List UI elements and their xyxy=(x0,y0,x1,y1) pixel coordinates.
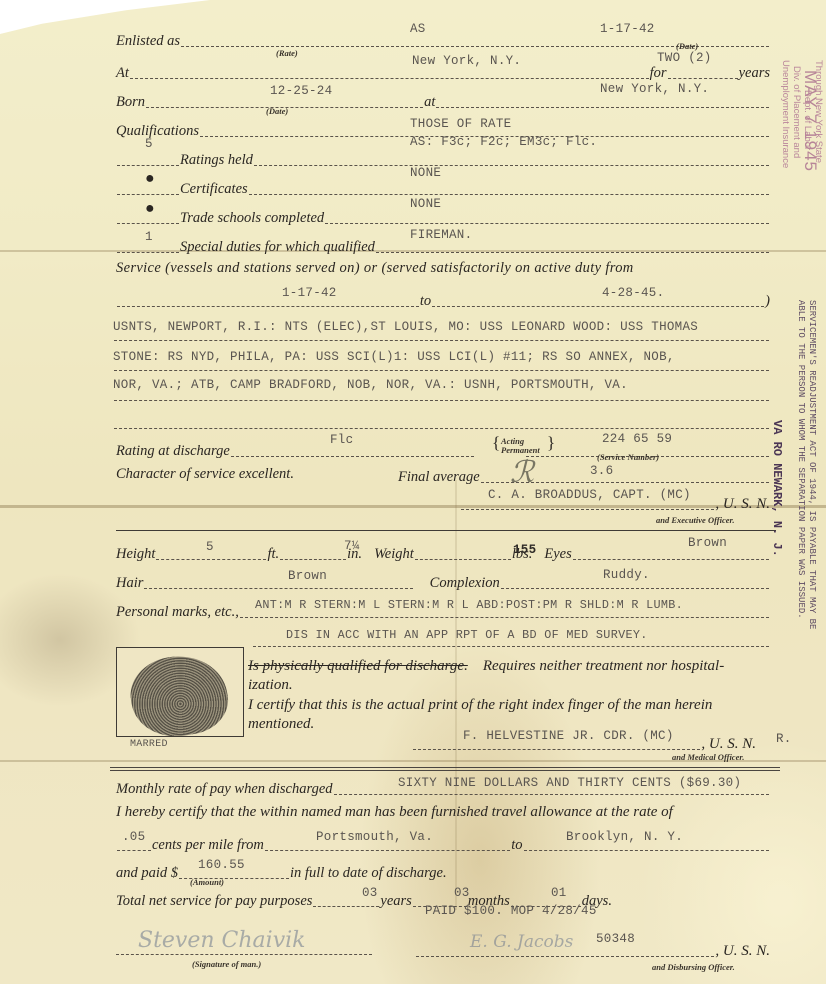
travel-rate: .05 xyxy=(122,830,145,844)
special-duties-label: Special duties for which qualified xyxy=(180,239,375,256)
birth-date: 12-25-24 xyxy=(270,84,332,98)
enlisted-as-row: Enlisted as xyxy=(116,30,770,50)
medical-officer-title: and Medical Officer. xyxy=(672,752,744,762)
years-label: years xyxy=(739,65,770,82)
monthly-pay-label: Monthly rate of pay when discharged xyxy=(116,781,333,798)
final-average-label: Final average xyxy=(398,469,480,486)
paid-suffix: in full to date of discharge. xyxy=(290,865,447,882)
paid-amount: 160.55 xyxy=(198,858,245,872)
rating-discharge-label: Rating at discharge xyxy=(116,443,230,460)
travel-certification: I hereby certify that the within named m… xyxy=(116,804,673,821)
disbursing-officer-row: , U. S. N. xyxy=(415,940,770,960)
ft-label: ft. xyxy=(267,546,279,563)
enlist-place: New York, N.Y. xyxy=(412,54,521,68)
service-number-sublabel: (Service Number) xyxy=(597,452,659,462)
net-months: 03 xyxy=(454,886,470,900)
character-label: Character of service excellent. xyxy=(116,466,294,483)
net-years-label: years xyxy=(380,893,411,910)
net-days: 01 xyxy=(551,886,567,900)
man-signature: Steven Chaivik xyxy=(138,928,306,953)
certificates-value: NONE xyxy=(410,166,441,180)
travel-to-label: to xyxy=(511,837,522,854)
enlisted-date: 1-17-42 xyxy=(600,22,655,36)
man-signature-label: (Signature of man.) xyxy=(192,959,261,969)
treatment-text: Requires neither treatment nor hospital- xyxy=(483,658,724,674)
service-dates-row: to ) xyxy=(116,290,770,310)
reserve-mark: R. xyxy=(776,732,792,746)
at-label: At xyxy=(116,65,129,82)
fingerprint-box xyxy=(116,647,244,737)
complexion-label: Complexion xyxy=(430,575,500,592)
rate-label: cents per mile from xyxy=(152,837,264,854)
fingerprint-marred: MARRED xyxy=(130,739,168,750)
certificates-row: Certificates xyxy=(116,178,770,198)
service-to-label: to xyxy=(420,293,431,310)
height-label: Height xyxy=(116,546,155,563)
net-years: 03 xyxy=(362,886,378,900)
height-weight-row: Height ft. in. Weight lbs. Eyes xyxy=(116,543,770,563)
enlist-term: TWO (2) xyxy=(657,51,712,65)
service-to-date: 4-28-45. xyxy=(602,286,664,300)
rating-discharge-value: Flc xyxy=(330,433,353,447)
medical-officer-suffix: , U. S. N. xyxy=(701,736,756,753)
net-service-label: Total net service for pay purposes xyxy=(116,893,312,910)
struck-qualified-text: Is physically qualified for discharge. xyxy=(248,658,468,674)
weight-label: Weight xyxy=(374,546,414,563)
monthly-pay-value: SIXTY NINE DOLLARS AND THIRTY CENTS ($69… xyxy=(398,776,741,790)
service-stations-3: NOR, VA.; ATB, CAMP BRADFORD, NOB, NOR, … xyxy=(113,378,628,392)
born-label: Born xyxy=(116,94,145,111)
medical-officer-name: F. HELVESTINE JR. CDR. (MC) xyxy=(463,729,674,743)
trade-schools-row: Trade schools completed xyxy=(116,207,770,227)
medical-statement: Is physically qualified for discharge. R… xyxy=(248,658,778,675)
executive-officer-suffix: , U. S. N. xyxy=(715,496,770,513)
permanent-label: Permanent xyxy=(501,445,540,455)
ratings-row: Ratings held xyxy=(116,149,770,169)
fingerprint-certification-cont: mentioned. xyxy=(248,716,314,733)
trade-schools-label: Trade schools completed xyxy=(180,210,324,227)
service-number: 224 65 59 xyxy=(602,432,672,446)
date-sublabel: (Date) xyxy=(676,41,698,51)
height-ft: 5 xyxy=(206,540,214,554)
readjustment-act-stamp: SERVICEMEN'S READJUSTMENT ACT OF 1944, I… xyxy=(795,300,817,629)
service-label: Service (vessels and stations served on)… xyxy=(116,260,634,277)
ratings-value: AS: F3c; F2c; EM3c; Flc. xyxy=(410,135,597,149)
certificates-label: Certificates xyxy=(180,181,248,198)
personal-marks-value: ANT:M R STERN:M L STERN:M R L ABD:POST:P… xyxy=(255,598,683,612)
disposition-value: DIS IN ACC WITH AN APP RPT OF A BD OF ME… xyxy=(286,628,648,642)
man-signature-line xyxy=(116,954,372,955)
enlisted-rate: AS xyxy=(410,22,426,36)
travel-from: Portsmouth, Va. xyxy=(316,830,433,844)
for-label: for xyxy=(650,65,667,82)
ny-labor-stamp: Through New York State Dept. of Labor Di… xyxy=(780,60,824,168)
final-average-initials: ℛ xyxy=(510,455,534,490)
special-duties-value: FIREMAN. xyxy=(410,228,472,242)
personal-marks-label: Personal marks, etc., xyxy=(116,604,239,621)
travel-to: Brooklyn, N. Y. xyxy=(566,830,683,844)
disbursing-title: and Disbursing Officer. xyxy=(652,962,735,972)
eyes-value: Brown xyxy=(688,536,727,550)
born-at-label: at xyxy=(424,94,435,111)
fingerprint-certification: I certify that this is the actual print … xyxy=(248,697,712,714)
ratings-label: Ratings held xyxy=(180,152,253,169)
paid-label: and paid $ xyxy=(116,865,178,882)
born-date-sublabel: (Date) xyxy=(266,106,288,116)
height-in: 7¼ xyxy=(344,539,360,553)
qualifications-label: Qualifications xyxy=(116,123,199,140)
service-close-paren: ) xyxy=(765,293,770,310)
service-stations-2: STONE: RS NYD, PHILA, PA: USS SCI(L)1: U… xyxy=(113,350,675,364)
eyes-label: Eyes xyxy=(544,546,571,563)
hair-complexion-row: Hair Complexion xyxy=(116,572,770,592)
birth-place: New York, N.Y. xyxy=(600,82,709,96)
complexion-value: Ruddy. xyxy=(603,568,650,582)
executive-officer-name: C. A. BROADDUS, CAPT. (MC) xyxy=(488,488,691,502)
qualifications-value: THOSE OF RATE xyxy=(410,117,511,131)
trade-schools-value: NONE xyxy=(410,197,441,211)
service-from-date: 1-17-42 xyxy=(282,286,337,300)
rate-sublabel: (Rate) xyxy=(276,48,298,58)
executive-officer-title: and Executive Officer. xyxy=(656,515,734,525)
final-average-row: Final average xyxy=(398,466,770,486)
service-line-4 xyxy=(113,412,770,432)
treatment-text-cont: ization. xyxy=(248,677,293,694)
service-stations-1: USNTS, NEWPORT, R.I.: NTS (ELEC),ST LOUI… xyxy=(113,320,698,334)
enlisted-as-label: Enlisted as xyxy=(116,33,180,50)
weight-value: 155 xyxy=(513,543,536,557)
paid-row: and paid $ in full to date of discharge. xyxy=(116,862,506,882)
hair-value: Brown xyxy=(288,569,327,583)
amount-sublabel: (Amount) xyxy=(190,877,224,887)
fingerprint-image xyxy=(125,648,233,737)
hair-label: Hair xyxy=(116,575,143,592)
paid-note: PAID $100. MOP 4/28/45 xyxy=(425,904,597,918)
final-average-value: 3.6 xyxy=(590,464,613,478)
va-newark-stamp: VA RO NEWARK, N. J. xyxy=(770,420,784,557)
disbursing-suffix: , U. S. N. xyxy=(715,943,770,960)
